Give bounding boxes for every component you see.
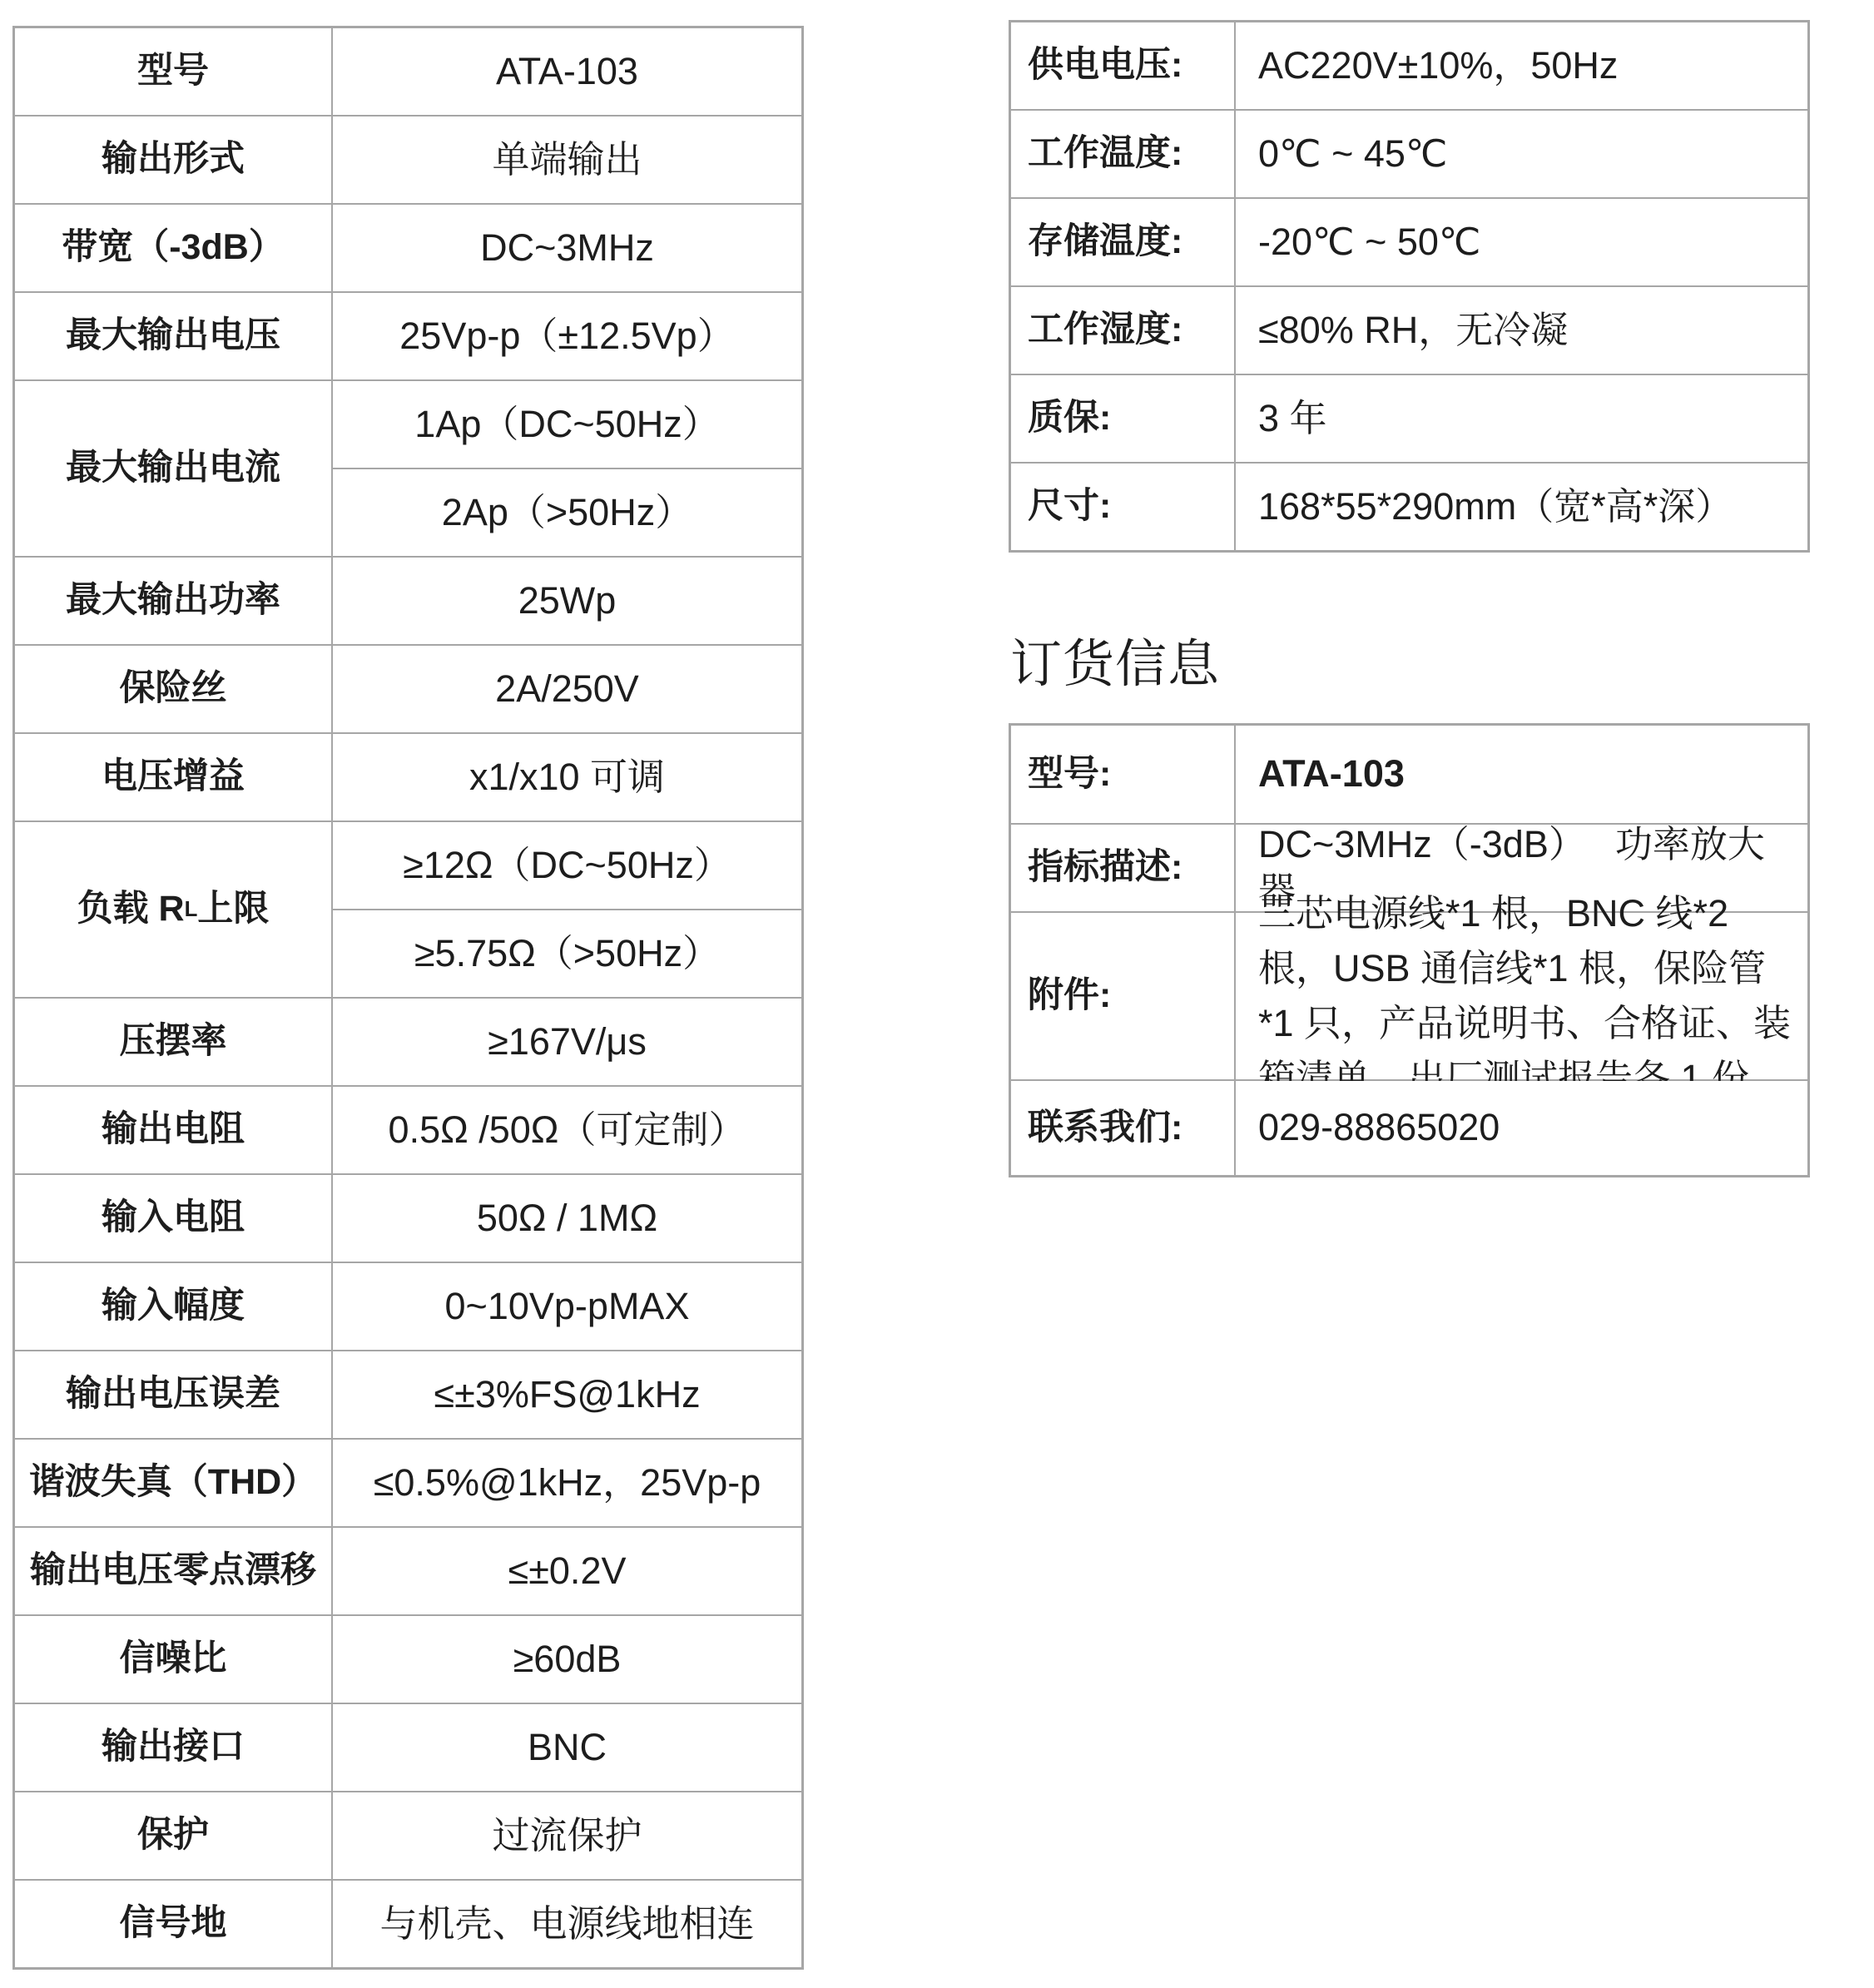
ordering-label-text: 附件: (1028, 974, 1111, 1019)
spec-label-load-rl: 负载 RL 上限 (15, 822, 331, 997)
spec-label-text: 谐波失真（THD） (29, 1460, 317, 1505)
spec-label: 最大输出电流 (15, 381, 331, 556)
ordering-value-text: ATA-103 (1258, 751, 1405, 797)
spec-value-text: 1Ap（DC~50Hz） (414, 401, 719, 448)
general-label: 工作湿度: (1011, 287, 1234, 374)
spec-value: 2Ap（>50Hz） (333, 469, 801, 556)
general-label: 质保: (1011, 375, 1234, 462)
spec-value-text: 25Wp (518, 578, 617, 624)
spec-value: ≤±3%FS@1kHz (333, 1351, 801, 1438)
ordering-value: 029-88865020 (1236, 1081, 1807, 1175)
spec-value: BNC (333, 1704, 801, 1791)
spec-value-text: ≤0.5%@1kHz，25Vp-p (374, 1460, 761, 1506)
spec-value: 25Wp (333, 558, 801, 644)
spec-value-text: 50Ω / 1MΩ (477, 1195, 657, 1242)
spec-label: 输出电阻 (15, 1087, 331, 1173)
spec-table: 型号 ATA-103 输出形式 单端输出 带宽（-3dB） DC~3MHz 最大… (12, 26, 804, 1970)
general-value-text: 0℃ ~ 45℃ (1258, 131, 1447, 177)
general-value: ≤80% RH，无冷凝 (1236, 287, 1807, 374)
spec-label-text: 输出接口 (102, 1725, 245, 1770)
spec-value: ≥167V/μs (333, 999, 801, 1085)
spec-value: 25Vp-p（±12.5Vp） (333, 293, 801, 379)
ordering-value-accessories: 三芯电源线*1 根，BNC 线*2 根，USB 通信线*1 根，保险管*1 只，… (1236, 913, 1807, 1079)
spec-value-text: ≥60dB (513, 1636, 622, 1683)
spec-label-text: 型号 (137, 49, 209, 94)
spec-label-text: 最大输出电压 (66, 314, 280, 359)
spec-value-text: ≤±3%FS@1kHz (434, 1371, 700, 1418)
ordering-info-heading: 订货信息 (1010, 622, 1220, 697)
spec-label-text: 负载 R (77, 887, 185, 932)
spec-label: 输出接口 (15, 1704, 331, 1791)
spec-value-text: 0~10Vp-pMAX (445, 1283, 690, 1330)
general-value: 168*55*290mm（宽*高*深） (1236, 464, 1807, 550)
spec-label-text: 保险丝 (120, 667, 227, 711)
spec-label: 输出形式 (15, 117, 331, 203)
general-value: -20℃ ~ 50℃ (1236, 199, 1807, 285)
spec-value-text: DC~3MHz (480, 225, 654, 271)
spec-value-text: ≥12Ω（DC~50Hz） (403, 842, 731, 889)
spec-value: 1Ap（DC~50Hz） (333, 381, 801, 468)
general-label-text: 工作湿度: (1028, 308, 1182, 353)
spec-value: ≥12Ω（DC~50Hz） (333, 822, 801, 909)
spec-label-text: 信噪比 (120, 1637, 227, 1682)
spec-label-text: 输入幅度 (102, 1284, 245, 1329)
spec-label-text: 输出电阻 (102, 1108, 245, 1153)
general-value: AC220V±10%，50Hz (1236, 22, 1807, 109)
general-value: 0℃ ~ 45℃ (1236, 111, 1807, 197)
spec-value: 与机壳、电源线地相连 (333, 1881, 801, 1967)
spec-value-text: x1/x10 可调 (469, 754, 665, 801)
spec-label-text: 上限 (197, 887, 269, 932)
spec-label-text: 带宽（-3dB） (62, 226, 285, 270)
spec-label: 输入电阻 (15, 1175, 331, 1262)
general-value-text: ≤80% RH，无冷凝 (1258, 307, 1568, 354)
spec-value: ≤0.5%@1kHz，25Vp-p (333, 1440, 801, 1526)
spec-value: ≥5.75Ω（>50Hz） (333, 910, 801, 997)
spec-label-text: 输出电压误差 (66, 1372, 280, 1417)
spec-value-text: ≥167V/μs (488, 1019, 647, 1065)
spec-label: 信噪比 (15, 1616, 331, 1703)
spec-label-text: 输出电压零点漂移 (30, 1549, 316, 1594)
ordering-label: 型号: (1011, 726, 1234, 823)
spec-label: 输入幅度 (15, 1263, 331, 1350)
ordering-label: 附件: (1011, 913, 1234, 1079)
ordering-value-text: 029-88865020 (1258, 1104, 1500, 1151)
spec-value: 过流保护 (333, 1792, 801, 1879)
general-value-text: -20℃ ~ 50℃ (1258, 219, 1480, 265)
ordering-label-text: 型号: (1028, 752, 1111, 797)
spec-label: 最大输出电压 (15, 293, 331, 379)
general-label-text: 供电电压: (1028, 43, 1182, 88)
general-value-text: 168*55*290mm（宽*高*深） (1258, 483, 1733, 530)
spec-label: 谐波失真（THD） (15, 1440, 331, 1526)
general-spec-table: 供电电压: AC220V±10%，50Hz 工作温度: 0℃ ~ 45℃ 存储温… (1009, 20, 1810, 553)
general-label-text: 质保: (1028, 396, 1111, 441)
general-value-text: AC220V±10%，50Hz (1258, 42, 1618, 89)
spec-value-text: BNC (528, 1724, 607, 1771)
spec-label: 保护 (15, 1792, 331, 1879)
spec-value-text: ≤±0.2V (508, 1548, 627, 1594)
spec-label-text: 输出形式 (102, 137, 245, 182)
spec-label-text: 电压增益 (102, 755, 245, 800)
spec-value: ≤±0.2V (333, 1528, 801, 1614)
spec-label-text: 保护 (137, 1813, 209, 1858)
ordering-label: 联系我们: (1011, 1081, 1234, 1175)
spec-label: 输出电压零点漂移 (15, 1528, 331, 1614)
spec-label-text: 最大输出电流 (66, 446, 280, 491)
spec-value-text: 2A/250V (495, 666, 639, 712)
spec-label: 型号 (15, 28, 331, 115)
spec-value: DC~3MHz (333, 205, 801, 291)
general-label-text: 工作温度: (1028, 131, 1182, 176)
spec-value-text: 单端输出 (492, 136, 642, 183)
general-value-text: 3 年 (1258, 395, 1327, 442)
spec-label-subscript: L (185, 896, 198, 923)
spec-value-text: 与机壳、电源线地相连 (379, 1901, 754, 1947)
spec-value: ≥60dB (333, 1616, 801, 1703)
ordering-info-table: 型号: ATA-103 指标描述: DC~3MHz（-3dB） 功率放大器 附件… (1009, 723, 1810, 1177)
spec-value-text: ATA-103 (496, 48, 638, 95)
spec-value-text: 2Ap（>50Hz） (442, 489, 692, 536)
general-label-text: 存储温度: (1028, 220, 1182, 265)
general-value: 3 年 (1236, 375, 1807, 462)
ordering-label-text: 指标描述: (1028, 845, 1182, 890)
spec-value-text: 0.5Ω /50Ω（可定制） (389, 1107, 746, 1153)
general-label: 供电电压: (1011, 22, 1234, 109)
spec-value: 2A/250V (333, 646, 801, 732)
spec-label-text: 最大输出功率 (66, 578, 280, 623)
spec-value-text: 25Vp-p（±12.5Vp） (399, 313, 734, 359)
spec-label: 信号地 (15, 1881, 331, 1967)
spec-label-text: 输入电阻 (102, 1196, 245, 1241)
spec-label-text: 压摆率 (120, 1019, 227, 1064)
ordering-label: 指标描述: (1011, 825, 1234, 911)
spec-value: x1/x10 可调 (333, 734, 801, 820)
general-label: 尺寸: (1011, 464, 1234, 550)
spec-value: 0~10Vp-pMAX (333, 1263, 801, 1350)
spec-label: 电压增益 (15, 734, 331, 820)
general-label: 工作温度: (1011, 111, 1234, 197)
general-label-text: 尺寸: (1028, 484, 1111, 529)
spec-value-text: 过流保护 (492, 1812, 642, 1859)
spec-label: 保险丝 (15, 646, 331, 732)
spec-value: ATA-103 (333, 28, 801, 115)
spec-value: 0.5Ω /50Ω（可定制） (333, 1087, 801, 1173)
ordering-value-model: ATA-103 (1236, 726, 1807, 823)
ordering-label-text: 联系我们: (1028, 1106, 1182, 1151)
spec-label: 压摆率 (15, 999, 331, 1085)
ordering-value-text: 三芯电源线*1 根，BNC 线*2 根，USB 通信线*1 根，保险管*1 只，… (1258, 886, 1797, 1107)
spec-label-text: 信号地 (120, 1901, 227, 1946)
spec-value: 50Ω / 1MΩ (333, 1175, 801, 1262)
general-label: 存储温度: (1011, 199, 1234, 285)
spec-label: 最大输出功率 (15, 558, 331, 644)
spec-label: 输出电压误差 (15, 1351, 331, 1438)
spec-label: 带宽（-3dB） (15, 205, 331, 291)
spec-value: 单端输出 (333, 117, 801, 203)
spec-value-text: ≥5.75Ω（>50Hz） (414, 930, 720, 977)
